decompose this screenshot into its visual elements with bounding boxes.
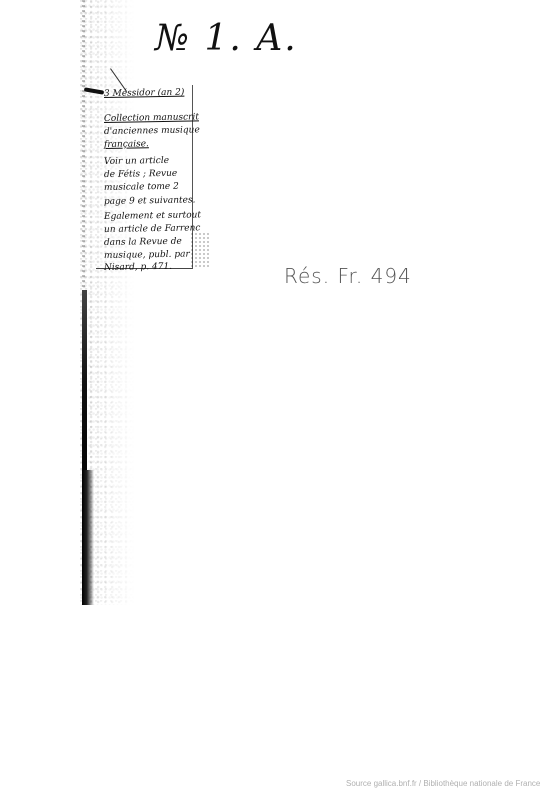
binding-edge-shadow-lower <box>82 470 94 605</box>
scanned-page: № 1. A. 3 Méssidor (an 2) Collection man… <box>0 0 555 800</box>
card-line-ref-7: dans la Revue de <box>104 236 182 249</box>
source-credit: Source gallica.bnf.fr / Bibliothèque nat… <box>346 779 540 788</box>
card-line-ref-8: musique, publ. par <box>104 249 190 262</box>
card-line-ref-9: Nisard, p. 471. <box>104 261 172 274</box>
document-number-heading: № 1. A. <box>155 14 355 64</box>
binding-edge-top <box>82 0 85 290</box>
card-line-ref-2: de Fétis ; Revue <box>104 168 177 181</box>
card-line-ref-5: Egalement et surtout <box>104 209 201 223</box>
card-line-title-3: française. <box>104 138 149 151</box>
card-line-date: 3 Méssidor (an 2) <box>104 87 185 100</box>
shelfmark: Rés. Fr. 494 <box>284 264 412 288</box>
card-line-ref-4: page 9 et suivantes. <box>104 194 196 208</box>
card-speckle <box>190 232 210 268</box>
card-line-title: Collection manuscrit <box>104 111 199 125</box>
card-line-ref-1: Voir un article <box>104 155 169 168</box>
card-line-ref-6: un article de Farrenc <box>104 222 201 236</box>
card-line-ref-3: musicale tome 2 <box>104 181 179 194</box>
card-line-title-2: d'anciennes musique <box>104 124 200 138</box>
